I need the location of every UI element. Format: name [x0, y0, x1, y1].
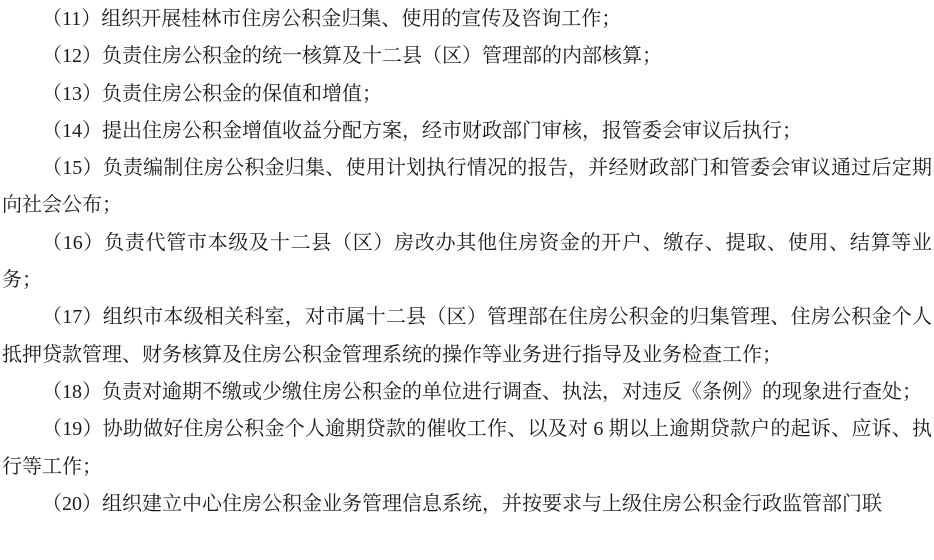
paragraph-item-11: （11）组织开展桂林市住房公积金归集、使用的宣传及咨询工作；: [2, 1, 932, 38]
paragraph-item-12: （12）负责住房公积金的统一核算及十二县（区）管理部的内部核算；: [2, 38, 932, 75]
paragraph-item-14: （14）提出住房公积金增值收益分配方案，经市财政部门审核，报管委会审议后执行；: [2, 113, 932, 150]
paragraph-item-19: （19）协助做好住房公积金个人逾期贷款的催收工作、以及对 6 期以上逾期贷款户的…: [2, 411, 932, 486]
paragraph-item-18: （18）负责对逾期不缴或少缴住房公积金的单位进行调查、执法，对违反《条例》的现象…: [2, 374, 932, 411]
paragraph-item-17: （17）组织市本级相关科室，对市属十二县（区）管理部在住房公积金的归集管理、住房…: [2, 299, 932, 374]
paragraph-item-16: （16）负责代管市本级及十二县（区）房改办其他住房资金的开户、缴存、提取、使用、…: [2, 225, 932, 300]
paragraph-item-15: （15）负责编制住房公积金归集、使用计划执行情况的报告，并经财政部门和管委会审议…: [2, 150, 932, 225]
paragraph-item-20: （20）组织建立中心住房公积金业务管理信息系统，并按要求与上级住房公积金行政监管…: [2, 486, 932, 523]
paragraph-item-13: （13）负责住房公积金的保值和增值；: [2, 76, 932, 113]
paragraph-list: （11）组织开展桂林市住房公积金归集、使用的宣传及咨询工作；（12）负责住房公积…: [2, 1, 932, 523]
document-page: （11）组织开展桂林市住房公积金归集、使用的宣传及咨询工作；（12）负责住房公积…: [0, 0, 934, 560]
